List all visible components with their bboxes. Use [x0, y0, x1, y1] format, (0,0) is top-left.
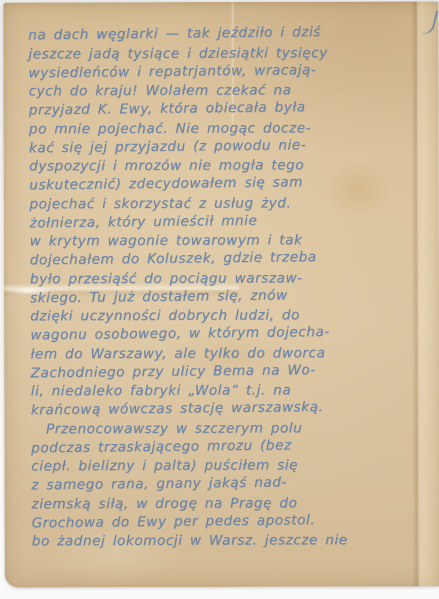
page-fold-right-strip [420, 1, 439, 586]
handwritten-line: skiego. Tu już dostałem się, znów [30, 284, 433, 307]
handwritten-line: krańcową wówczas stację warszawską. [31, 397, 434, 420]
handwritten-line: na dach węglarki — tak jeździło i dziś [28, 22, 431, 45]
handwritten-line: uskutecznić) zdecydowałem się sam [29, 172, 432, 195]
handwritten-line: bo żadnej lokomocji w Warsz. jeszcze nie [32, 531, 435, 551]
handwritten-line: Zachodniego przy ulicy Bema na Wo- [30, 359, 433, 382]
handwritten-line: przyjazd K. Ewy, która obiecała była [29, 97, 432, 120]
handwritten-line: wysiedleńców i repatrjantów, wracają- [28, 59, 431, 82]
handwritten-line: dojechałem do Koluszek, gdzie trzeba [30, 247, 433, 270]
handwritten-line: żołnierza, który umieścił mnie [29, 209, 432, 232]
handwritten-line: Grochowa do Ewy per pedes apostol. [32, 509, 435, 532]
scan-background: na dach węglarki — tak jeździło i dziś j… [0, 0, 439, 599]
handwritten-line: kać się jej przyjazdu (z powodu nie- [29, 134, 432, 157]
handwritten-line: wagonu osobowego, w którym dojecha- [30, 322, 433, 345]
handwritten-line: z samego rana, gnany jakąś nad- [31, 472, 434, 495]
handwritten-line: podczas trzaskającego mrozu (bez [31, 434, 434, 457]
letter-paper: na dach węglarki — tak jeździło i dziś j… [3, 1, 439, 587]
handwritten-text-block: na dach węglarki — tak jeździło i dziś j… [28, 24, 435, 552]
